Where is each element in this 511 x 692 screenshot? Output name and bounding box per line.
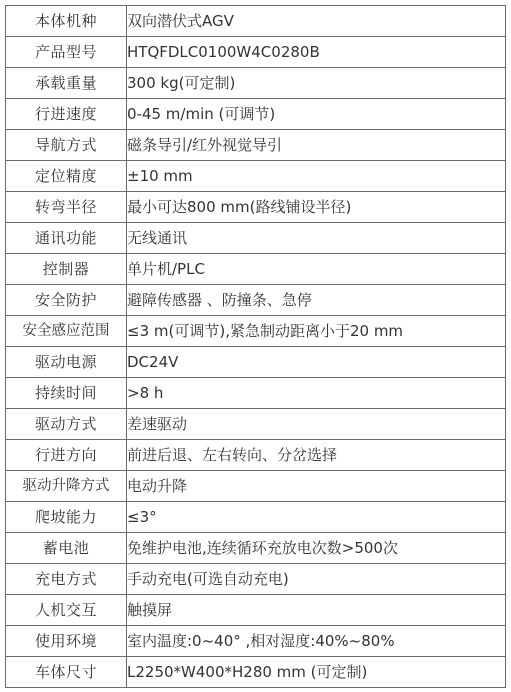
spec-label: 蓄电池 <box>6 533 127 564</box>
spec-row: 导航方式磁条导引/红外视觉导引 <box>6 130 506 161</box>
spec-value: 触摸屏 <box>127 595 506 626</box>
spec-value: >8 h <box>127 378 506 409</box>
spec-row: 驱动方式差速驱动 <box>6 409 506 440</box>
spec-table: 本体机种双向潜伏式AGV产品型号HTQFDLC0100W4C0280B承载重量3… <box>5 5 506 688</box>
spec-row: 通讯功能无线通讯 <box>6 223 506 254</box>
spec-value: 免维护电池,连续循环充放电次数>500次 <box>127 533 506 564</box>
spec-row: 车体尺寸L2250*W400*H280 mm (可定制) <box>6 657 506 688</box>
spec-value: 300 kg(可定制) <box>127 68 506 99</box>
spec-value: 室内温度:0~40° ,相对湿度:40%~80% <box>127 626 506 657</box>
spec-row: 转弯半径最小可达800 mm(路线铺设半径) <box>6 192 506 223</box>
spec-label: 爬坡能力 <box>6 502 127 533</box>
spec-value: 单片机/PLC <box>127 254 506 285</box>
spec-row: 产品型号HTQFDLC0100W4C0280B <box>6 37 506 68</box>
spec-row: 使用环境室内温度:0~40° ,相对湿度:40%~80% <box>6 626 506 657</box>
spec-label: 驱动电源 <box>6 347 127 378</box>
spec-label: 行进速度 <box>6 99 127 130</box>
spec-label: 导航方式 <box>6 130 127 161</box>
spec-value: 避障传感器 、防撞条、急停 <box>127 285 506 316</box>
spec-value: 0-45 m/min (可调节) <box>127 99 506 130</box>
spec-row: 蓄电池免维护电池,连续循环充放电次数>500次 <box>6 533 506 564</box>
spec-value: 无线通讯 <box>127 223 506 254</box>
spec-row: 持续时间>8 h <box>6 378 506 409</box>
spec-row: 定位精度±10 mm <box>6 161 506 192</box>
spec-value: 电动升降 <box>127 471 506 502</box>
spec-value: 手动充电(可选自动充电) <box>127 564 506 595</box>
spec-value: DC24V <box>127 347 506 378</box>
spec-label: 安全防护 <box>6 285 127 316</box>
spec-label: 车体尺寸 <box>6 657 127 688</box>
spec-row: 人机交互触摸屏 <box>6 595 506 626</box>
spec-value: L2250*W400*H280 mm (可定制) <box>127 657 506 688</box>
spec-value: 前进后退、左右转向、分岔选择 <box>127 440 506 471</box>
spec-row: 本体机种双向潜伏式AGV <box>6 6 506 37</box>
spec-value: ±10 mm <box>127 161 506 192</box>
spec-label: 承载重量 <box>6 68 127 99</box>
spec-label: 充电方式 <box>6 564 127 595</box>
spec-value: 双向潜伏式AGV <box>127 6 506 37</box>
spec-label: 人机交互 <box>6 595 127 626</box>
spec-row: 爬坡能力≤3° <box>6 502 506 533</box>
spec-value: 差速驱动 <box>127 409 506 440</box>
spec-row: 驱动升降方式电动升降 <box>6 471 506 502</box>
spec-label: 控制器 <box>6 254 127 285</box>
spec-label: 产品型号 <box>6 37 127 68</box>
spec-row: 安全防护避障传感器 、防撞条、急停 <box>6 285 506 316</box>
spec-label: 驱动升降方式 <box>6 471 127 502</box>
spec-label: 驱动方式 <box>6 409 127 440</box>
spec-label: 持续时间 <box>6 378 127 409</box>
spec-row: 驱动电源DC24V <box>6 347 506 378</box>
spec-label: 本体机种 <box>6 6 127 37</box>
spec-row: 安全感应范围≤3 m(可调节),紧急制动距离小于20 mm <box>6 316 506 347</box>
spec-row: 行进方向前进后退、左右转向、分岔选择 <box>6 440 506 471</box>
spec-label: 行进方向 <box>6 440 127 471</box>
spec-value: 最小可达800 mm(路线铺设半径) <box>127 192 506 223</box>
spec-value: ≤3 m(可调节),紧急制动距离小于20 mm <box>127 316 506 347</box>
spec-label: 通讯功能 <box>6 223 127 254</box>
spec-row: 行进速度0-45 m/min (可调节) <box>6 99 506 130</box>
spec-row: 控制器单片机/PLC <box>6 254 506 285</box>
spec-value: ≤3° <box>127 502 506 533</box>
spec-value: HTQFDLC0100W4C0280B <box>127 37 506 68</box>
spec-value: 磁条导引/红外视觉导引 <box>127 130 506 161</box>
spec-row: 充电方式手动充电(可选自动充电) <box>6 564 506 595</box>
spec-table-body: 本体机种双向潜伏式AGV产品型号HTQFDLC0100W4C0280B承载重量3… <box>6 6 506 688</box>
spec-label: 安全感应范围 <box>6 316 127 347</box>
spec-row: 承载重量300 kg(可定制) <box>6 68 506 99</box>
spec-label: 使用环境 <box>6 626 127 657</box>
spec-label: 转弯半径 <box>6 192 127 223</box>
spec-label: 定位精度 <box>6 161 127 192</box>
